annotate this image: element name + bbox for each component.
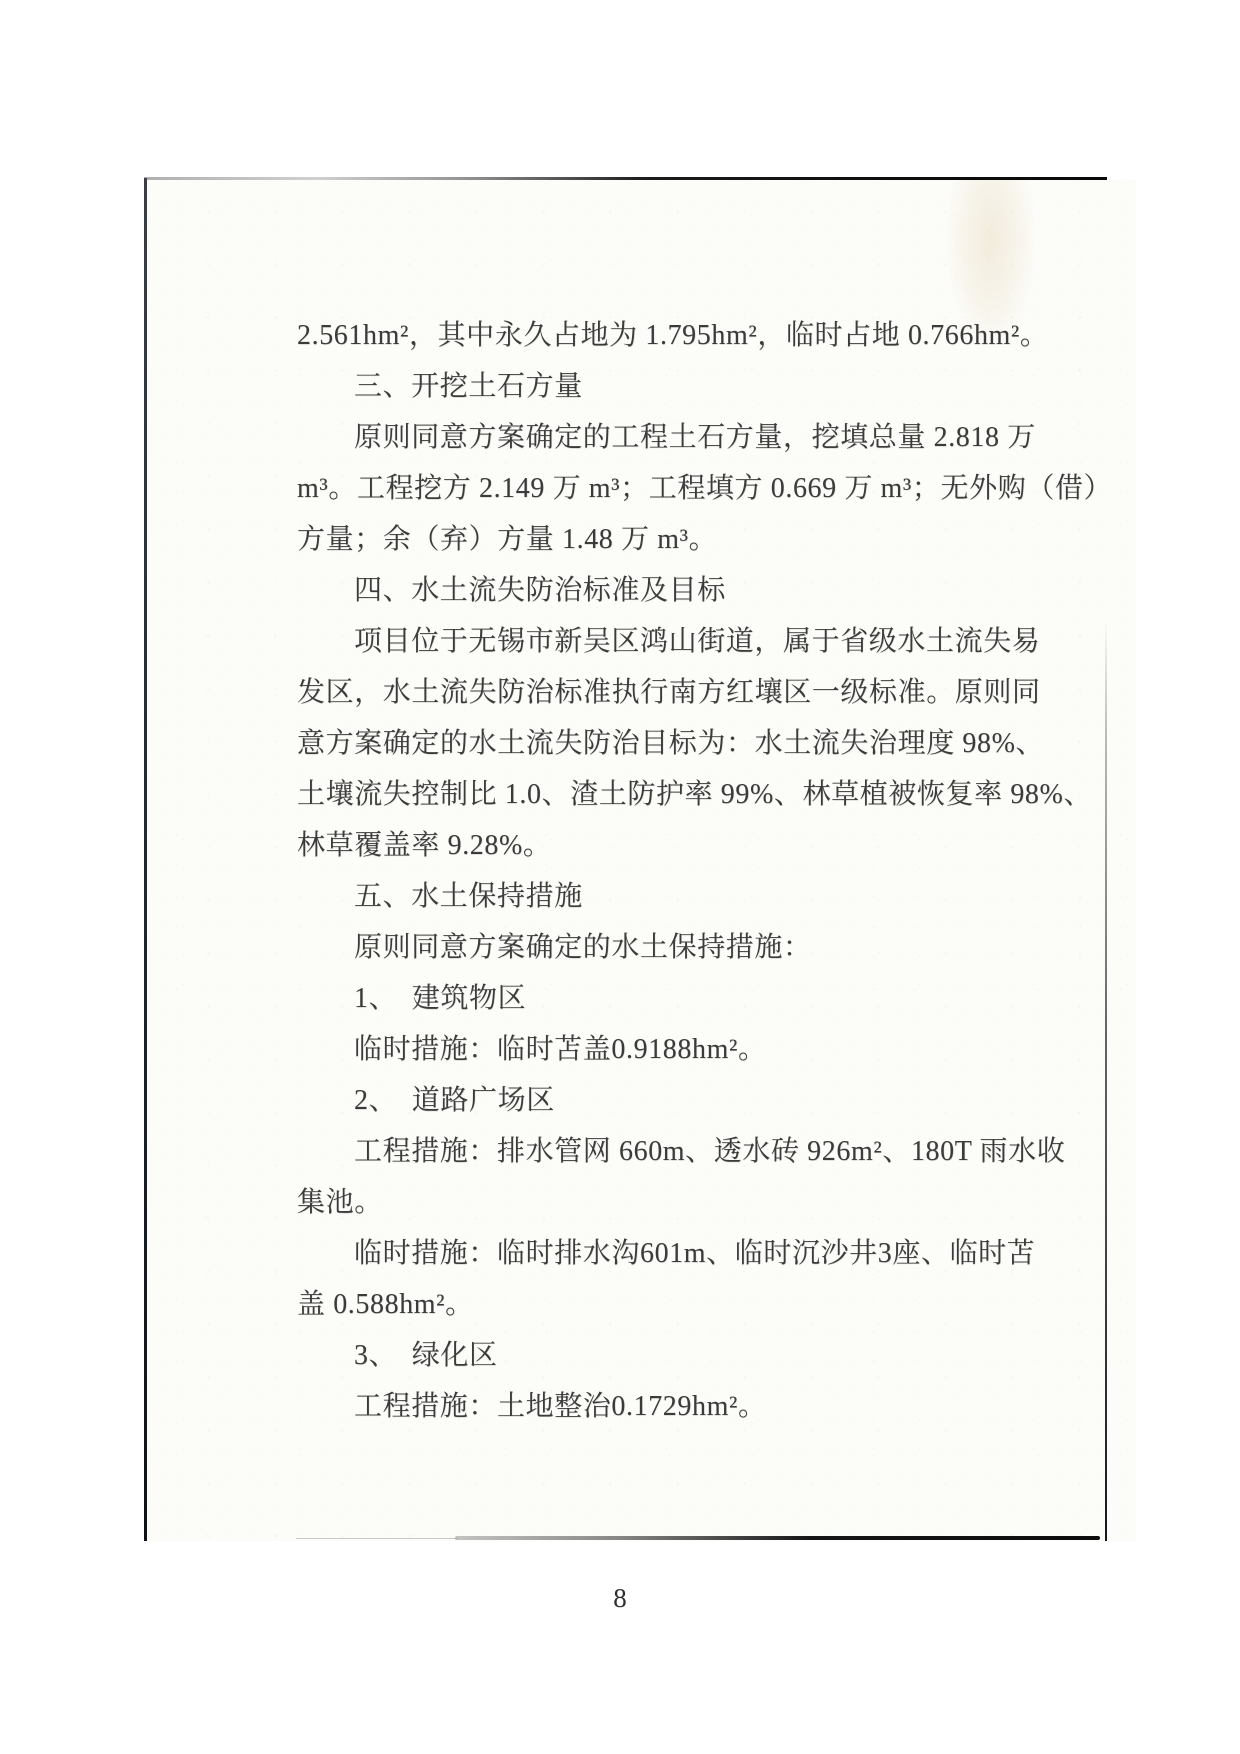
page-number: 8 — [596, 1583, 644, 1614]
text-line: 1、 建筑物区 — [297, 973, 977, 1024]
text-line: 原则同意方案确定的工程土石方量，挖填总量 2.818 万 — [297, 412, 977, 463]
text-line: 五、水土保持措施 — [297, 871, 977, 922]
text-line: 林草覆盖率 9.28%。 — [297, 820, 977, 871]
text-line: 盖 0.588hm²。 — [297, 1279, 977, 1330]
text-line: 临时措施：临时苫盖0.9188hm²。 — [297, 1024, 977, 1075]
text-line: 2、 道路广场区 — [297, 1075, 977, 1126]
text-line: 意方案确定的水土流失防治目标为：水土流失治理度 98%、 — [297, 718, 977, 769]
text-line: 3、 绿化区 — [297, 1330, 977, 1381]
text-line: 集池。 — [297, 1177, 977, 1228]
scan-edge-bottom — [455, 1536, 1100, 1540]
scan-edge-right — [1105, 620, 1107, 1541]
text-line: 工程措施：排水管网 660m、透水砖 926m²、180T 雨水收 — [297, 1126, 977, 1177]
scan-background: 2.561hm²，其中永久占地为 1.795hm²，临时占地 0.766hm²。… — [0, 0, 1240, 1754]
text-line: 工程措施：土地整治0.1729hm²。 — [297, 1381, 977, 1432]
text-line: 发区，水土流失防治标准执行南方红壤区一级标准。原则同 — [297, 667, 977, 718]
scan-edge-left — [144, 178, 147, 1541]
scan-edge-top — [144, 177, 1107, 180]
text-line: 项目位于无锡市新吴区鸿山街道，属于省级水土流失易 — [297, 616, 977, 667]
text-line: 四、水土流失防治标准及目标 — [297, 565, 977, 616]
text-line: 方量；余（弃）方量 1.48 万 m³。 — [297, 514, 977, 565]
text-line: m³。工程挖方 2.149 万 m³；工程填方 0.669 万 m³；无外购（借… — [297, 463, 977, 514]
text-line: 三、开挖土石方量 — [297, 361, 977, 412]
text-line: 原则同意方案确定的水土保持措施： — [297, 922, 977, 973]
text-line: 2.561hm²，其中永久占地为 1.795hm²，临时占地 0.766hm²。 — [297, 310, 977, 361]
text-line: 土壤流失控制比 1.0、渣土防护率 99%、林草植被恢复率 98%、 — [297, 769, 977, 820]
text-line: 临时措施：临时排水沟601m、临时沉沙井3座、临时苫 — [297, 1228, 977, 1279]
scan-edge-bottom-faint — [296, 1538, 458, 1539]
document-body: 2.561hm²，其中永久占地为 1.795hm²，临时占地 0.766hm²。… — [297, 310, 977, 1432]
scanned-page: 2.561hm²，其中永久占地为 1.795hm²，临时占地 0.766hm²。… — [146, 180, 1136, 1541]
